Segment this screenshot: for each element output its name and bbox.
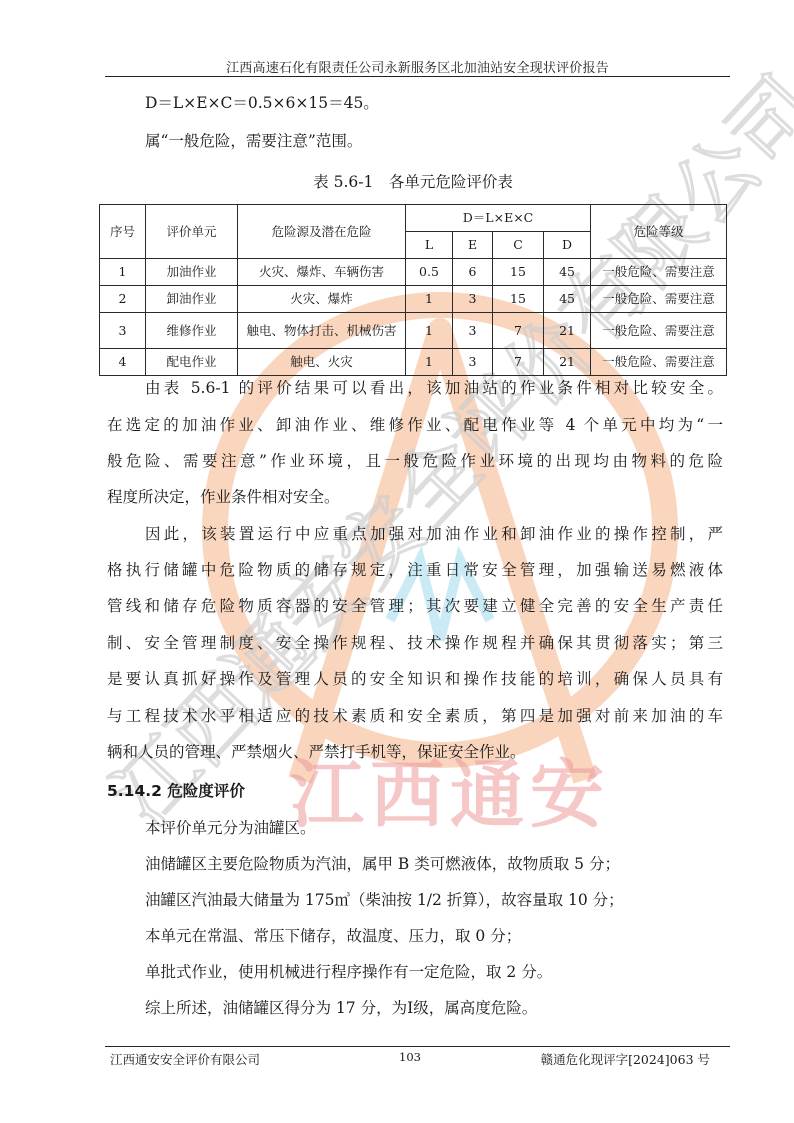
paragraph-line: 制、安全管理制度、安全操作规程、技术操作规程并确保其贯彻落实；第三 <box>107 633 723 653</box>
page-header-title: 江西高速石化有限责任公司永新服务区北加油站安全现状评价报告 <box>105 57 730 76</box>
cell-unit: 加油作业 <box>146 259 238 286</box>
paragraph-line: 般危险、需要注意”作业环境，且一般危险作业环境的出现均由物料的危险 <box>107 451 723 471</box>
section-line: 油罐区汽油最大储量为 175㎥（柴油按 1/2 折算），故容量取 10 分； <box>145 890 624 910</box>
paragraph-line: 因此，该装置运行中应重点加强对加油作业和卸油作业的操作控制，严 <box>145 524 723 544</box>
paragraph-line: 由表 5.6-1 的评价结果可以看出，该加油站的作业条件相对比较安全。 <box>145 378 723 398</box>
cell-C: 7 <box>493 349 544 376</box>
header-level: 危险等级 <box>591 205 727 259</box>
header-E: E <box>453 232 493 259</box>
table-row: 1 加油作业 火灾、爆炸、车辆伤害 0.5 6 15 45 一般危险、需要注意 <box>100 259 727 286</box>
cell-L: 1 <box>406 313 453 349</box>
paragraph-line: 程度所决定，作业条件相对安全。 <box>107 487 340 507</box>
cell-E: 3 <box>453 313 493 349</box>
cell-D: 45 <box>544 259 591 286</box>
cell-index: 1 <box>100 259 146 286</box>
paragraph-line: 辆和人员的管理、严禁烟火、严禁打手机等，保证安全作业。 <box>107 742 526 762</box>
cell-index: 3 <box>100 313 146 349</box>
footer-divider <box>105 1046 730 1047</box>
cell-D: 21 <box>544 349 591 376</box>
section-line: 单批式作业，使用机械进行程序操作有一定危险，取 2 分。 <box>145 962 552 982</box>
table-row: 4 配电作业 触电、火灾 1 3 7 21 一般危险、需要注意 <box>100 349 727 376</box>
cell-D: 45 <box>544 286 591 313</box>
risk-evaluation-table: 序号 评价单元 危险源及潜在危险 D＝L×E×C 危险等级 L E C D 1 … <box>99 204 727 376</box>
cell-C: 7 <box>493 313 544 349</box>
cell-hazard: 火灾、爆炸、车辆伤害 <box>238 259 406 286</box>
header-L: L <box>406 232 453 259</box>
formula-line: D＝L×E×C＝0.5×6×15＝45。 <box>145 93 379 113</box>
cell-C: 15 <box>493 259 544 286</box>
cell-level: 一般危险、需要注意 <box>591 259 727 286</box>
cell-E: 3 <box>453 286 493 313</box>
table-row: 2 卸油作业 火灾、爆炸 1 3 15 45 一般危险、需要注意 <box>100 286 727 313</box>
header-divider <box>105 76 730 77</box>
cell-level: 一般危险、需要注意 <box>591 286 727 313</box>
table-row: 3 维修作业 触电、物体打击、机械伤害 1 3 7 21 一般危险、需要注意 <box>100 313 727 349</box>
section-line: 本评价单元分为油罐区。 <box>145 818 316 838</box>
header-unit: 评价单元 <box>146 205 238 259</box>
cell-L: 1 <box>406 286 453 313</box>
table-caption: 表 5.6-1 各单元危险评价表 <box>100 170 726 192</box>
paragraph-line: 管线和储存危险物质容器的安全管理；其次要建立健全完善的安全生产责任 <box>107 596 723 616</box>
cell-level: 一般危险、需要注意 <box>591 313 727 349</box>
cell-hazard: 火灾、爆炸 <box>238 286 406 313</box>
cell-index: 2 <box>100 286 146 313</box>
section-heading: 5.14.2 危险度评价 <box>107 779 245 801</box>
paragraph-line: 是要认真抓好操作及管理人员的安全知识和操作技能的培训，确保人员具有 <box>107 669 723 689</box>
section-line: 本单元在常温、常压下储存，故温度、压力，取 0 分； <box>145 926 521 946</box>
cell-D: 21 <box>544 313 591 349</box>
cell-C: 15 <box>493 286 544 313</box>
cell-unit: 维修作业 <box>146 313 238 349</box>
section-line: 综上所述，油储罐区得分为 17 分，为Ⅰ级，属高度危险。 <box>145 998 537 1018</box>
header-formula-group: D＝L×E×C <box>406 205 591 232</box>
footer-company: 江西通安安全评价有限公司 <box>110 1050 260 1068</box>
header-hazard: 危险源及潜在危险 <box>238 205 406 259</box>
paragraph-line: 与工程技术水平相适应的技术素质和安全素质，第四是加强对前来加油的车 <box>107 706 723 726</box>
cell-unit: 配电作业 <box>146 349 238 376</box>
header-C: C <box>493 232 544 259</box>
cell-hazard: 触电、物体打击、机械伤害 <box>238 313 406 349</box>
header-D: D <box>544 232 591 259</box>
cell-E: 6 <box>453 259 493 286</box>
cell-index: 4 <box>100 349 146 376</box>
paragraph-line: 格执行储罐中危险物质的储存规定，注重日常安全管理，加强输送易燃液体 <box>107 560 723 580</box>
cell-L: 1 <box>406 349 453 376</box>
cell-hazard: 触电、火灾 <box>238 349 406 376</box>
cell-level: 一般危险、需要注意 <box>591 349 727 376</box>
cell-L: 0.5 <box>406 259 453 286</box>
page-number: 103 <box>380 1050 440 1064</box>
header-index: 序号 <box>100 205 146 259</box>
cell-E: 3 <box>453 349 493 376</box>
cell-unit: 卸油作业 <box>146 286 238 313</box>
document-page: 江西高速石化有限责任公司永新服务区北加油站安全现状评价报告 D＝L×E×C＝0.… <box>0 0 794 1123</box>
range-line: 属“一般危险，需要注意”范围。 <box>145 131 362 151</box>
section-line: 油储罐区主要危险物质为汽油，属甲 B 类可燃液体，故物质取 5 分； <box>145 854 620 874</box>
footer-doc-number: 赣通危化现评字[2024]063 号 <box>541 1050 710 1068</box>
paragraph-line: 在选定的加油作业、卸油作业、维修作业、配电作业等 4 个单元中均为“一 <box>107 415 723 435</box>
